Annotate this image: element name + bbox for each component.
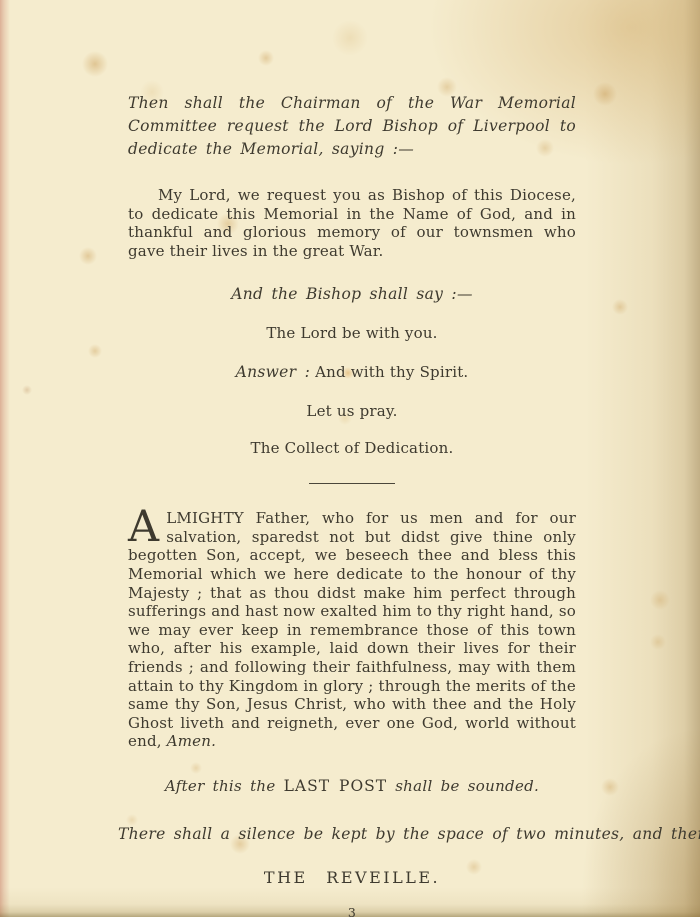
collect-prayer: ALMIGHTY Father, who for us men and for … xyxy=(128,509,576,751)
document-page: Then shall the Chairman of the War Memor… xyxy=(0,0,700,917)
let-us-pray-line: Let us pray. xyxy=(128,402,576,421)
response-answer: Answer : And with thy Spirit. xyxy=(128,361,576,384)
paragraph-my-lord: My Lord, we request you as Bishop of thi… xyxy=(128,186,576,260)
collect-body-text: LMIGHTY Father, who for us men and for o… xyxy=(128,509,576,750)
last-post-caps: LAST POST xyxy=(284,777,387,795)
collect-heading: The Collect of Dedication. xyxy=(128,439,576,458)
answer-text: And with thy Spirit. xyxy=(315,363,468,381)
rubric-silence: There shall a silence be kept by the spa… xyxy=(118,823,586,846)
divider-rule xyxy=(309,483,395,484)
last-post-pre: After this the xyxy=(165,777,276,795)
drop-cap: A xyxy=(128,509,166,544)
page-content: Then shall the Chairman of the War Memor… xyxy=(128,92,576,917)
page-number: 3 xyxy=(128,904,576,917)
last-post-post: shall be sounded. xyxy=(395,777,539,795)
versicle-lord-be-with-you: The Lord be with you. xyxy=(128,324,576,343)
rubric-chairman-request: Then shall the Chairman of the War Memor… xyxy=(128,92,576,161)
rubric-last-post: After this the LAST POST shall be sounde… xyxy=(128,775,576,798)
answer-label: Answer : xyxy=(236,363,311,381)
rubric-bishop-say: And the Bishop shall say :— xyxy=(128,283,576,306)
collect-amen: Amen. xyxy=(167,732,216,750)
reveille-heading: THE REVEILLE. xyxy=(128,869,576,888)
